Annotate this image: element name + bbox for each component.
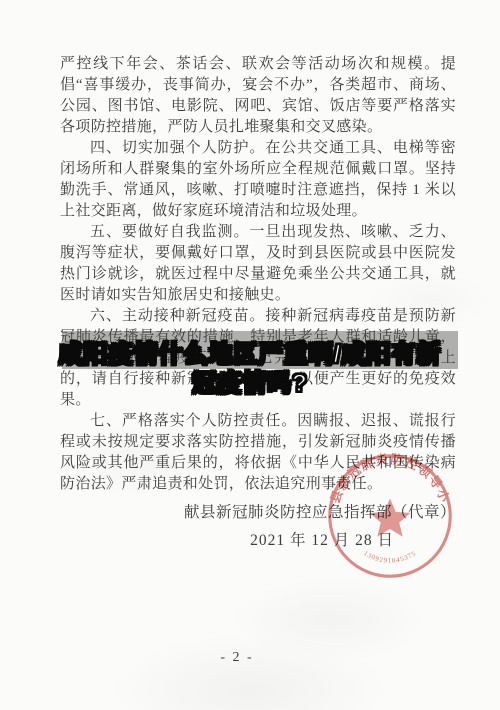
paragraph-item-4: 四、切实加强个人防护。在公共交通工具、电梯等密闭场所和人群聚集的室外场所应全程规…: [60, 138, 456, 222]
paragraph-continuation: 严控线下年会、茶话会、联欢会等活动场次和规模。提倡“喜事缓办，丧事简办，宴会不办…: [60, 54, 456, 138]
document-page: 严控线下年会、茶话会、联欢会等活动场次和规模。提倡“喜事缓办，丧事简办，宴会不办…: [60, 54, 456, 495]
stamp-ring-text: 献县新冠肺炎防控领导小组: [322, 448, 452, 505]
stamp-star-icon: [370, 499, 411, 537]
page-number: - 2 -: [0, 650, 474, 666]
caption-title-line2: 冠疫情吗?: [0, 363, 500, 398]
stamp-serial: 1309291045375: [362, 550, 418, 565]
official-seal-stamp: 献县新冠肺炎防控领导小组 1309291045375: [322, 448, 458, 584]
paragraph-item-5: 五、要做好自我监测。一旦出现发热、咳嗽、乏力、腹泻等症状，要佩戴好口罩，及时到县…: [60, 222, 456, 306]
